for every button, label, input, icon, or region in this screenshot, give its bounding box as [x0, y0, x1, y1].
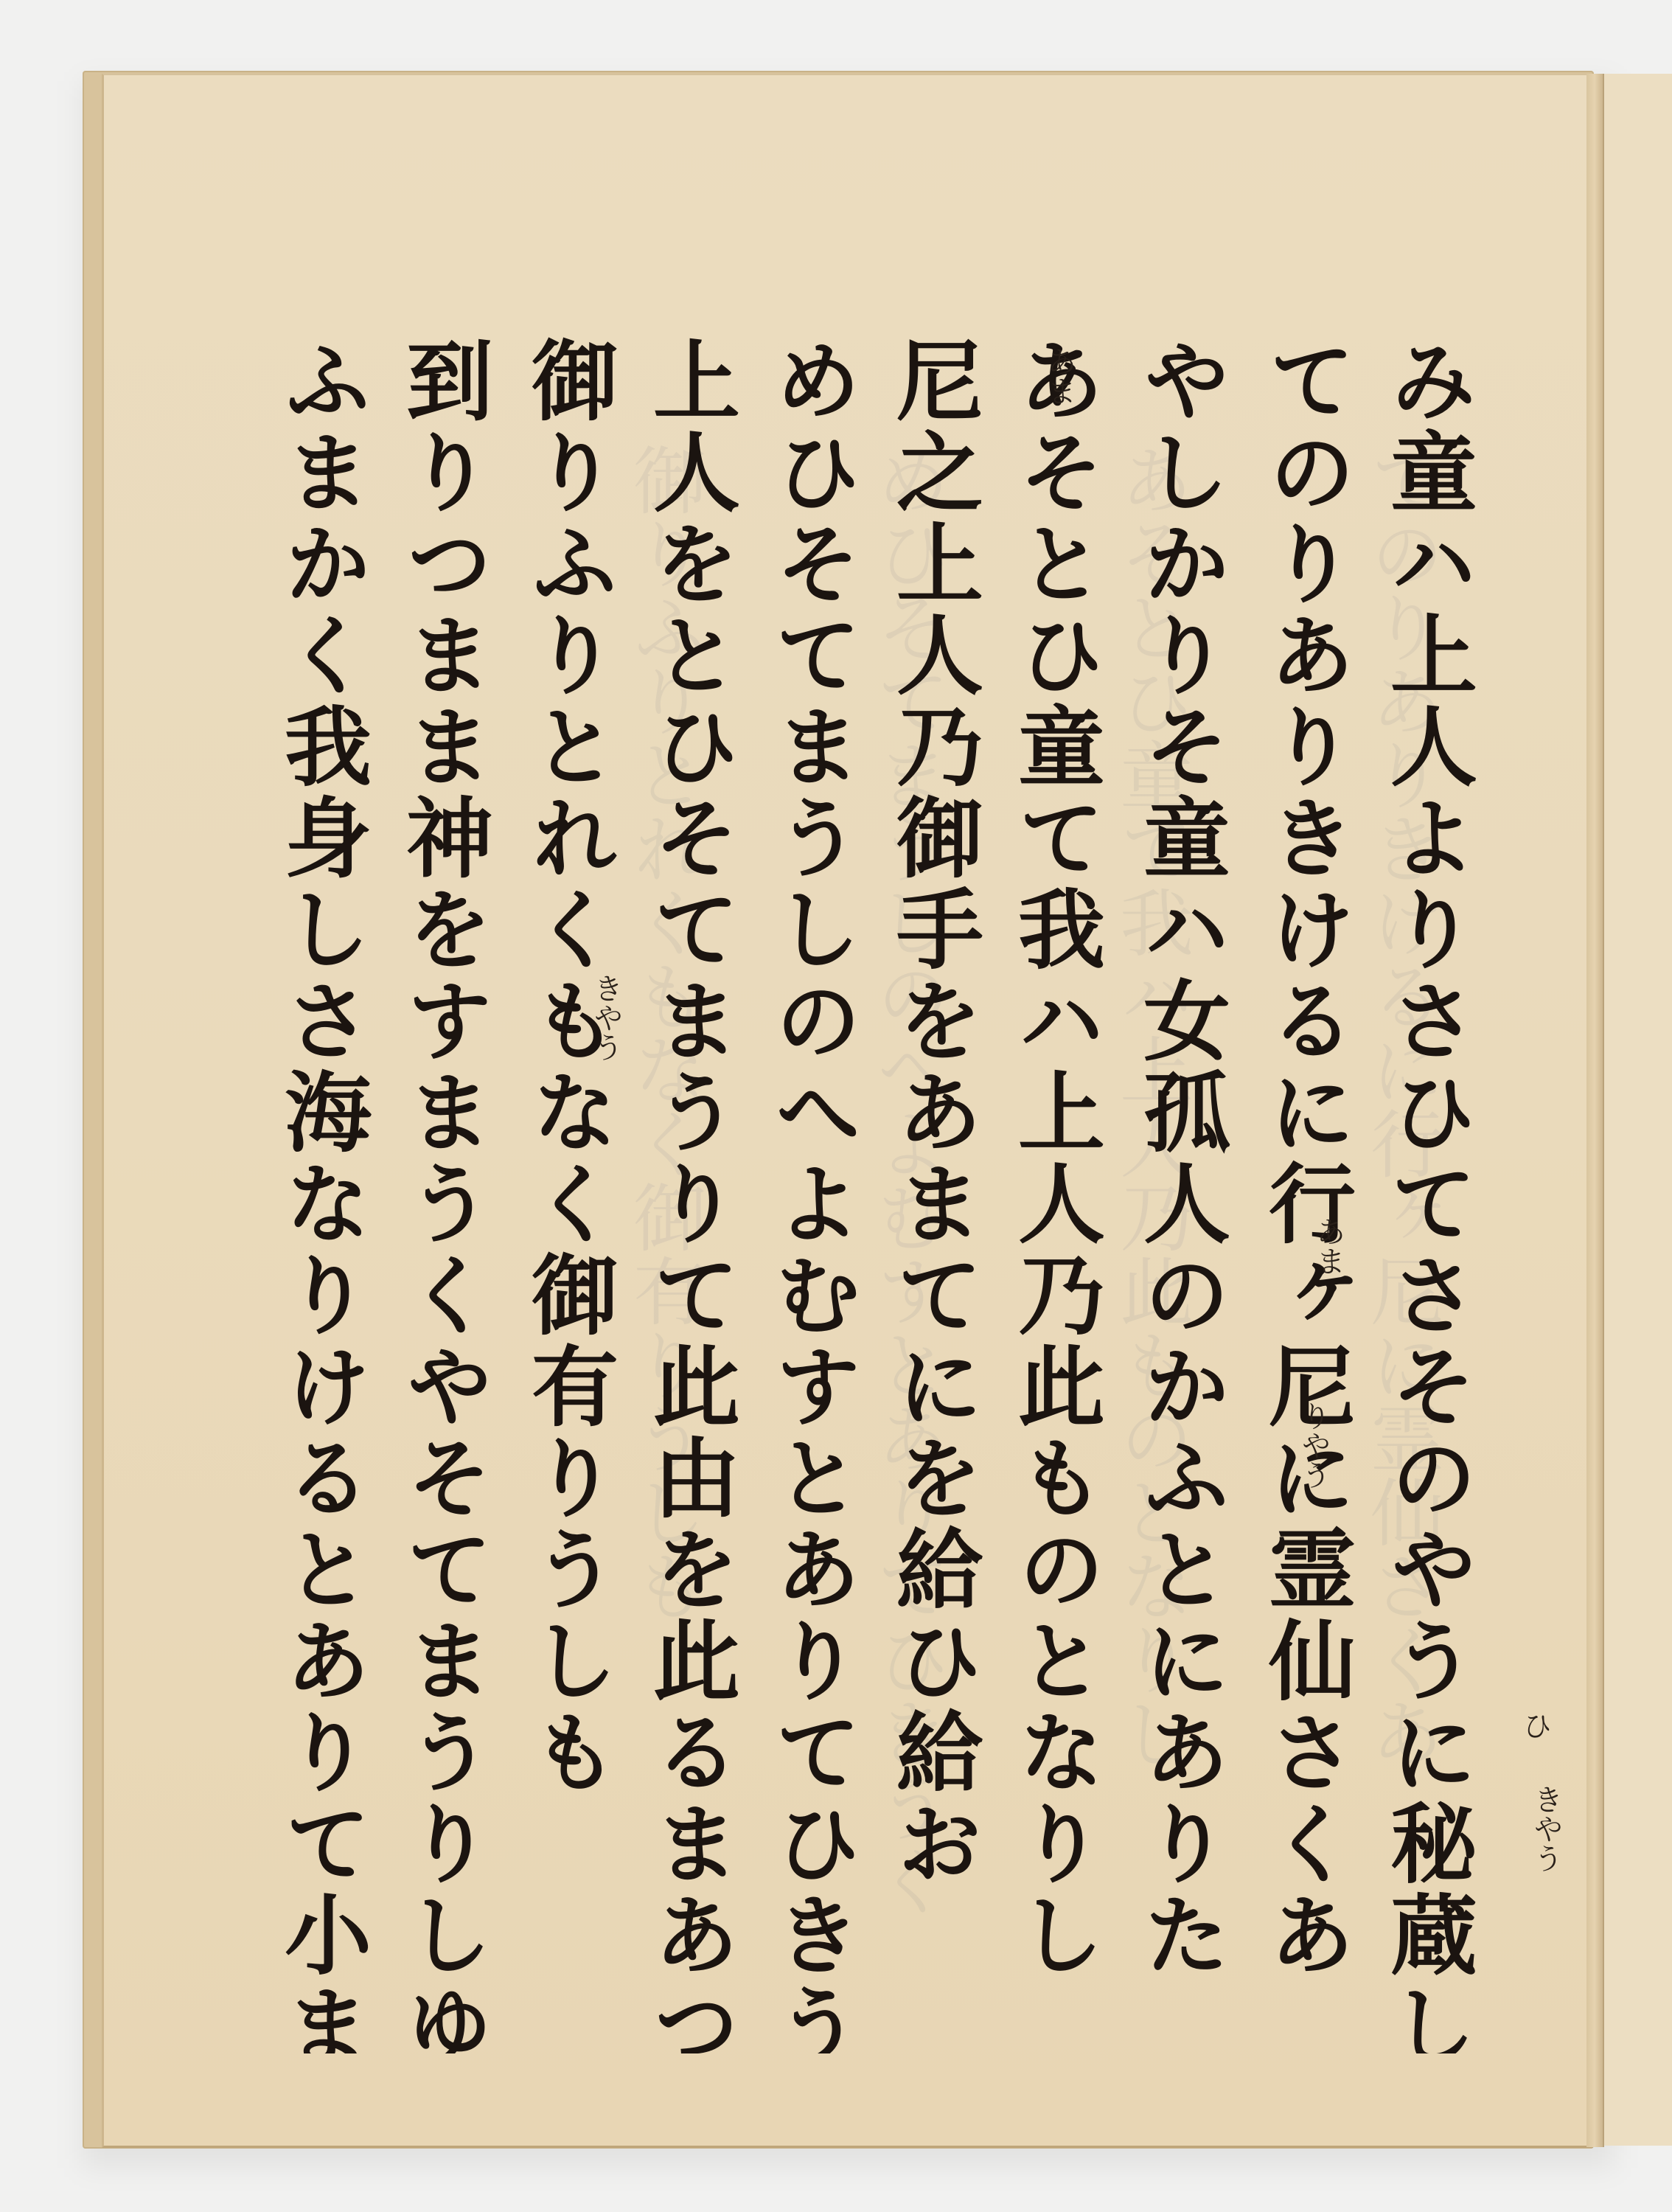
furigana-annotation: あま — [1043, 347, 1076, 406]
adjacent-page — [1604, 74, 1672, 2146]
text-column-3: やしかりそ童ハ女孤人のかふとにありた — [1124, 335, 1235, 2053]
text-column-2: てのりありきけるに行ヶ尼に霊仙さくあ — [1250, 335, 1360, 2053]
furigana-annotation: あま — [1312, 1217, 1345, 1276]
furigana-annotation: ひ — [1519, 1711, 1551, 1740]
text-column-4: あそとひ童て我ハ上人乃此ものとなりし — [999, 335, 1110, 2053]
furigana-annotation: きやう — [590, 973, 622, 1062]
text-column-9: 到りつまま神をすまうくやそてまうりしゆん — [387, 335, 498, 2053]
text-column-7: 上人をとひそてまうりて此由を此るまあつハ — [634, 335, 745, 2053]
text-column-8: 御りふりとれくもなく御有りうしも — [512, 335, 623, 2053]
text-column-1: み童ハ上人よりさひてさそのやうに秘蔵し — [1371, 335, 1482, 2053]
book-spine — [1586, 74, 1604, 2147]
furigana-annotation: きやう — [1530, 1784, 1562, 1873]
text-column-10: ふまかく我身しさ海なりけるとありて小まのこ — [265, 335, 376, 2053]
text-column-6: めひそてまうしのへよむすとありてひきうく — [756, 335, 866, 2053]
text-column-5: 尼之上人乃御手をあまてにを給ひ給お — [877, 335, 988, 2053]
furigana-annotation: りやう — [1297, 1401, 1330, 1489]
